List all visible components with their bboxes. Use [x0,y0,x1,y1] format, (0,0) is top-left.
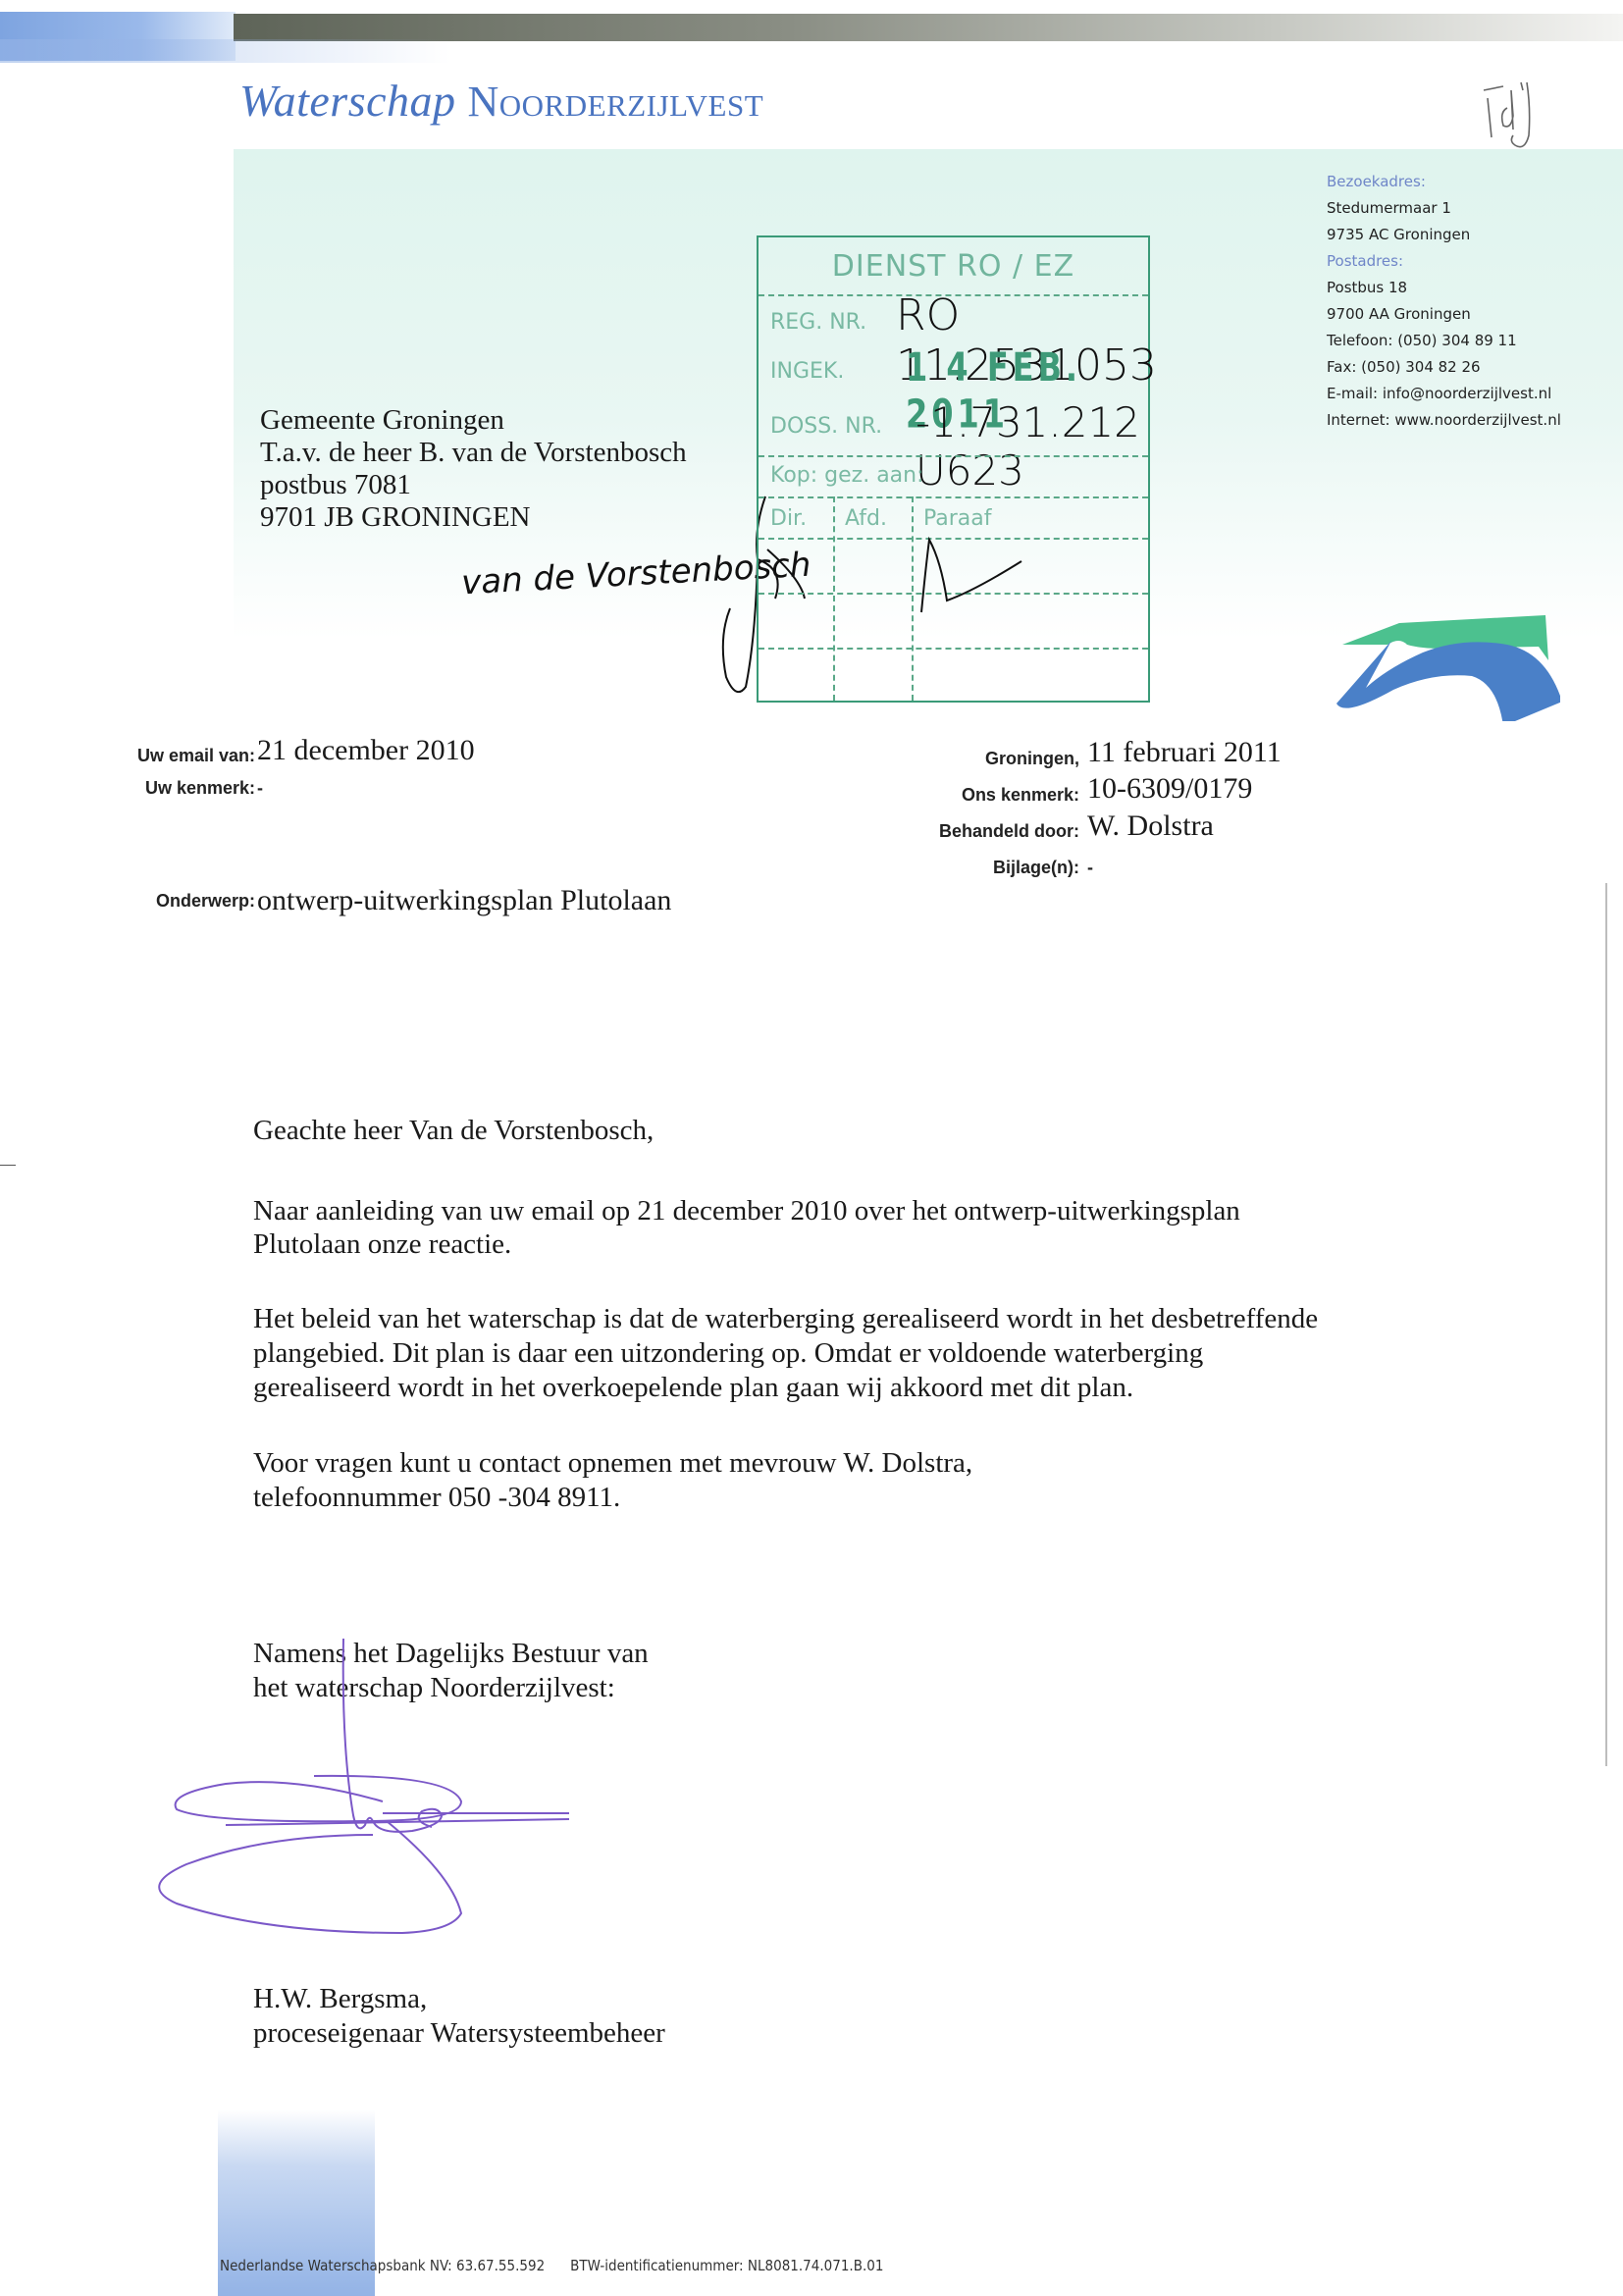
attachments-label: Bijlage(n): [864,858,1079,878]
post-city: 9700 AA Groningen [1327,301,1561,328]
handled-by-label: Behandeld door: [864,821,1079,842]
letter-date: 11 februari 2011 [1087,736,1282,769]
paragraph-3-line-2: telefoonnummer 050 -304 8911. [253,1481,620,1514]
recipient-address: Gemeente Groningen T.a.v. de heer B. van… [260,404,687,534]
visit-city: 9735 AC Groningen [1327,222,1561,248]
our-reference-label: Ons kenmerk: [864,785,1079,806]
paragraph-2-line-2: plangebied. Dit plan is daar een uitzond… [253,1336,1203,1370]
organization-name: Waterschap Noorderzijlvest [239,75,763,127]
stamp-copy-label: Kop: gez. aan: [770,463,924,488]
handled-by-value: W. Dolstra [1087,809,1214,843]
stamp-title: DIENST RO / EZ [759,249,1148,284]
attachments-value: - [1087,858,1093,878]
paragraph-2-line-3: gerealiseerd wordt in het overkoepelende… [253,1371,1133,1404]
recipient-pobox: postbus 7081 [260,469,687,501]
footer-legal-info: Nederlandse Waterschapsbank NV: 63.67.55… [220,2257,883,2274]
paragraph-2-line-1: Het beleid van het waterschap is dat de … [253,1302,1318,1335]
signer-title: proceseigenaar Watersysteembeheer [253,2016,665,2050]
website: Internet: www.noorderzijlvest.nl [1327,407,1561,434]
recipient-org: Gemeente Groningen [260,404,687,437]
bank-info: Nederlandse Waterschapsbank NV: 63.67.55… [220,2257,545,2274]
stamp-dossier-value: -1.731.212 U623 [916,398,1148,495]
vat-number: BTW-identificatienummer: NL8081.74.071.B… [570,2257,883,2274]
paragraph-1-line-1: Naar aanleiding van uw email op 21 decem… [253,1194,1240,1227]
header-gray-bar [234,14,1623,41]
brand-italic: Waterschap [239,76,456,126]
waterschap-logo-icon [1305,584,1560,721]
signature [147,1629,589,1943]
subject-label: Onderwerp: [59,891,255,912]
stamp-col-dir: Dir. [770,506,807,531]
stamp-reg-label: REG. NR. [770,310,866,335]
stamp-dossier-label: DOSS. NR. [770,414,882,439]
page-edge-line [1605,883,1607,1766]
fax-number: Fax: (050) 304 82 26 [1327,354,1561,381]
brand-caps: Noorderzijlvest [468,78,764,126]
paragraph-1-line-2: Plutolaan onze reactie. [253,1227,511,1261]
visit-address-label: Bezoekadres: [1327,169,1561,195]
fold-mark [0,1165,16,1166]
recipient-city: 9701 JB GRONINGEN [260,501,687,534]
your-email-value: 21 december 2010 [257,734,475,767]
place-label: Groningen, [864,749,1079,769]
post-box: Postbus 18 [1327,275,1561,301]
paragraph-3-line-1: Voor vragen kunt u contact opnemen met m… [253,1446,972,1480]
salutation: Geachte heer Van de Vorstenbosch, [253,1114,654,1147]
email-address: E-mail: info@noorderzijlvest.nl [1327,381,1561,407]
your-reference-value: - [257,778,263,799]
visit-street: Stedumermaar 1 [1327,195,1561,222]
contact-address-block: Bezoekadres: Stedumermaar 1 9735 AC Gron… [1327,169,1561,434]
our-reference-value: 10-6309/0179 [1087,772,1252,806]
signer-name: H.W. Bergsma, [253,1982,427,2015]
your-reference-label: Uw kenmerk: [59,778,255,799]
subject-value: ontwerp-uitwerkingsplan Plutolaan [257,884,671,917]
your-email-label: Uw email van: [59,746,255,766]
registration-stamp: DIENST RO / EZ REG. NR. RO 11.2531053 IN… [757,235,1150,703]
phone-number: Telefoon: (050) 304 89 11 [1327,328,1561,354]
handwritten-initials [1482,69,1560,157]
stamp-received-label: INGEK. [770,359,844,384]
post-address-label: Postadres: [1327,248,1561,275]
stamp-paraaf-signature [916,522,1033,630]
header-fade [0,39,451,63]
recipient-attention: T.a.v. de heer B. van de Vorstenbosch [260,437,687,469]
stamp-col-afd: Afd. [845,506,887,531]
